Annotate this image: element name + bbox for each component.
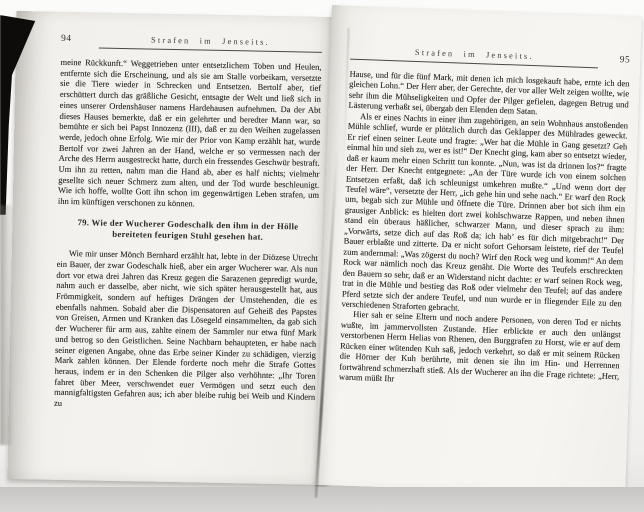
paragraph: Hier sah er seine Eltern und noch andere…	[339, 309, 621, 392]
left-page: 94 Strafen im Jenseits. meine Rückkunft.…	[8, 11, 337, 485]
right-page-text: Hause, und für die fünf Mark, mit denen …	[339, 69, 630, 392]
paragraph: Als er eines Nachts in einer ihm zugehör…	[341, 110, 628, 318]
running-title-right: Strafen im Jenseits.	[350, 46, 598, 69]
page-number-right: 95	[598, 54, 630, 69]
left-page-text-lower: Wie mir unser Mönch Bernhard erzählt hat…	[54, 248, 318, 414]
running-title-left: Strafen im Jenseits.	[99, 35, 322, 53]
left-page-header: 94 Strafen im Jenseits.	[61, 34, 322, 53]
right-page-header: Strafen im Jenseits. 95	[350, 46, 630, 70]
left-page-text-upper: meine Rückkunft.“ Weggetrieben unter ent…	[58, 57, 322, 212]
book-photo: 94 Strafen im Jenseits. meine Rückkunft.…	[0, 0, 644, 512]
right-page: Strafen im Jenseits. 95 Hause, und für d…	[315, 5, 642, 496]
paragraph: meine Rückkunft.“ Weggetrieben unter ent…	[58, 57, 322, 212]
page-number-left: 94	[61, 34, 99, 49]
section-heading: 79. Wie der Wucherer Godeschalk den ihm …	[65, 217, 311, 244]
left-edge-shade	[0, 205, 13, 445]
paragraph: Wie mir unser Mönch Bernhard erzählt hat…	[54, 248, 318, 414]
table-surface-strip	[0, 487, 644, 512]
